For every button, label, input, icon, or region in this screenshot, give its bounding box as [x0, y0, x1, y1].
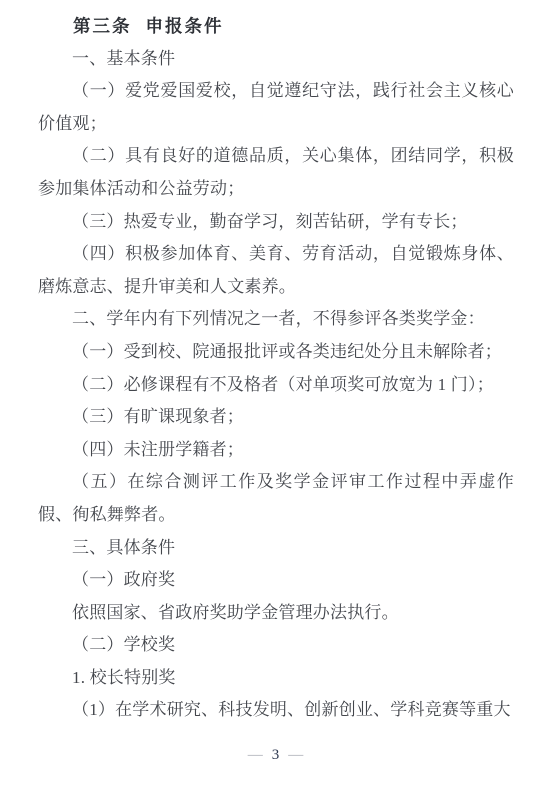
- document-body: 第三条申报条件 一、基本条件 （一）爱党爱国爱校，自觉遵纪守法，践行社会主义核心…: [38, 10, 514, 727]
- paragraph-basic-3: （三）热爱专业，勤奋学习，刻苦钻研，学有专长；: [38, 206, 514, 239]
- article-title: 申报条件: [146, 16, 224, 36]
- document-page: 第三条申报条件 一、基本条件 （一）爱党爱国爱校，自觉遵纪守法，践行社会主义核心…: [0, 0, 551, 786]
- page-footer: —3—: [0, 744, 551, 766]
- paragraph-president-special-award: 1. 校长特别奖: [38, 662, 514, 695]
- paragraph-government-award: （一）政府奖: [38, 564, 514, 597]
- paragraph-basic-4: （四）积极参加体育、美育、劳育活动，自觉锻炼身体、磨炼意志、提升审美和人文素养。: [38, 238, 514, 303]
- paragraph-section-specific-conditions: 三、具体条件: [38, 532, 514, 565]
- article-heading: 第三条申报条件: [38, 10, 514, 43]
- page-number: 3: [272, 747, 280, 763]
- paragraph-government-award-detail: 依照国家、省政府奖助学金管理办法执行。: [38, 597, 514, 630]
- footer-right-dash: —: [288, 747, 303, 763]
- paragraph-president-special-award-item-1: （1）在学术研究、科技发明、创新创业、学科竞赛等重大: [38, 694, 514, 727]
- footer-left-dash: —: [248, 747, 263, 763]
- article-number: 第三条: [73, 16, 132, 36]
- paragraph-basic-2: （二）具有良好的道德品质，关心集体，团结同学，积极参加集体活动和公益劳动；: [38, 140, 514, 205]
- paragraph-basic-1: （一）爱党爱国爱校，自觉遵纪守法，践行社会主义核心价值观；: [38, 75, 514, 140]
- paragraph-school-award: （二）学校奖: [38, 629, 514, 662]
- paragraph-disqualification-1: （一）受到校、院通报批评或各类违纪处分且未解除者；: [38, 336, 514, 369]
- paragraph-section-basic-conditions: 一、基本条件: [38, 43, 514, 76]
- paragraph-section-disqualifications: 二、学年内有下列情况之一者，不得参评各类奖学金：: [38, 303, 514, 336]
- paragraph-disqualification-4: （四）未注册学籍者；: [38, 434, 514, 467]
- paragraph-disqualification-3: （三）有旷课现象者；: [38, 401, 514, 434]
- paragraph-disqualification-2: （二）必修课程有不及格者（对单项奖可放宽为 1 门）；: [38, 369, 514, 402]
- paragraph-disqualification-5: （五）在综合测评工作及奖学金评审工作过程中弄虚作假、徇私舞弊者。: [38, 466, 514, 531]
